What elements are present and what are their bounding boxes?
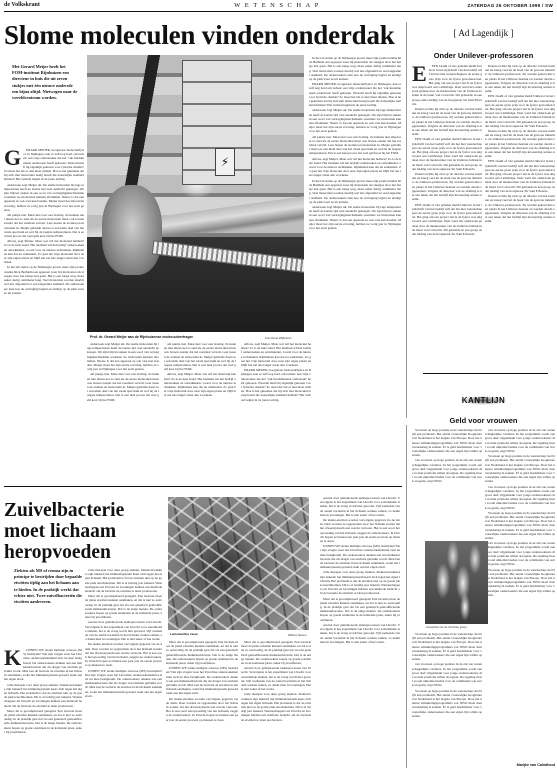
article1-column-5: In het lab stelen op de Nijmeegse grond,… — [309, 56, 401, 419]
kantlijn-text-3: Vrouwen op hoge posities in de wetenscha… — [412, 632, 482, 766]
article1-column-4: Alfons, zegt Meijer. Maar wat wil het mo… — [241, 342, 311, 422]
article2-column-3: Maar dat is gecompliceerd geregeld. Een … — [166, 640, 238, 768]
article2-column-1: K UNNEN WE straks multiple sclerose (MS)… — [4, 648, 82, 768]
article2-photo-caption: Lactobacillus casei. — [170, 632, 198, 636]
article2-drop-cap: K — [4, 649, 21, 666]
article1-paragraph: om puntje rust. Maar niet voor een botsi… — [4, 213, 84, 238]
article2-column-5: aan het door geïnduceerde ziekteprocesse… — [320, 496, 400, 768]
kantlijn-author: Marijke van Calmthout — [485, 763, 555, 767]
article2-column-2: volle therapie voor deze groep ziekten. … — [85, 568, 162, 768]
issue-date: ZATERDAG 26 OKTOBER 1999 / SW — [467, 3, 553, 8]
column-text-2: Daarna richtte hij zich op de directie v… — [485, 64, 555, 360]
high-voltage-icon: ⚡ — [215, 148, 235, 176]
article1-paragraph: onderzoek, legt Meijer uit. De snelle mo… — [4, 183, 84, 212]
article2-headline: Zuivelbacterie moet lichaam heropvoeden — [4, 500, 124, 563]
column-divider — [406, 22, 407, 418]
kantlijn-divider — [423, 373, 548, 374]
article2-column-4: Maar dat is gecompliceerd geregeld. Een … — [241, 640, 311, 768]
article1-headline: Slome moleculen vinden onderdak — [4, 20, 395, 51]
kantlijn-photo-caption: Groepsfoto van de Utrechtse groep — [426, 626, 467, 629]
kantlijn-text-2: van vrouwen op hoge posities in de zin v… — [485, 428, 555, 763]
article1-column-1: G ERARD MEIJER, hoogleraar molecuulfysic… — [4, 148, 84, 420]
photo-person — [102, 185, 162, 275]
article1-column-2: onderzoek, legt Meijer uit. De snelle mo… — [87, 342, 159, 422]
article2-intro: Ziekten als MS of reuma zijn in principe… — [14, 568, 82, 605]
section-divider — [4, 486, 402, 487]
article1-drop-cap: G — [4, 149, 21, 166]
columnist-name: [ Ad Lagendijk ] — [410, 28, 557, 38]
article2-photo-credit: Wilfred Jansen — [288, 633, 307, 637]
column-divider — [406, 425, 407, 768]
article1-photo-credit: Foto Ruud Wijlhuizen — [265, 336, 292, 340]
column-text-1: E EEN JAAR of vier geleden meldt Unileve… — [412, 64, 482, 360]
kantlijn-group-photo — [425, 541, 488, 624]
article1-paragraph: In het lab stelen op de Nijmeegse grond,… — [4, 265, 84, 294]
kantlijn-logo: KANTLIJN — [410, 396, 557, 405]
article2-photo — [168, 497, 309, 630]
article1-photo-caption: Prof. dr. Gerard Meijer aan de Rijnhuize… — [90, 335, 194, 339]
masthead: de Volkskrant WETENSCHAP ZATERDAG 26 OKT… — [4, 2, 553, 12]
kantlijn-text-1: Vrouwen op hoge posities in de wetenscha… — [412, 428, 482, 538]
article1-paragraph: Alfons, zegt Meijer. Maar wat wil het mo… — [4, 239, 84, 264]
column-headline: Onder Unilever-professoren — [410, 51, 557, 60]
column-drop-cap: E — [412, 65, 427, 82]
article1-intro: Met Gerard Meijer heeft het FOM-instituu… — [12, 64, 78, 101]
article1-photo: ⚡ — [87, 55, 304, 332]
kantlijn-headline: Geld voor vrouwen — [410, 416, 557, 425]
article1-column-3: om puntje rust. Maar niet voor een botsi… — [164, 342, 236, 422]
